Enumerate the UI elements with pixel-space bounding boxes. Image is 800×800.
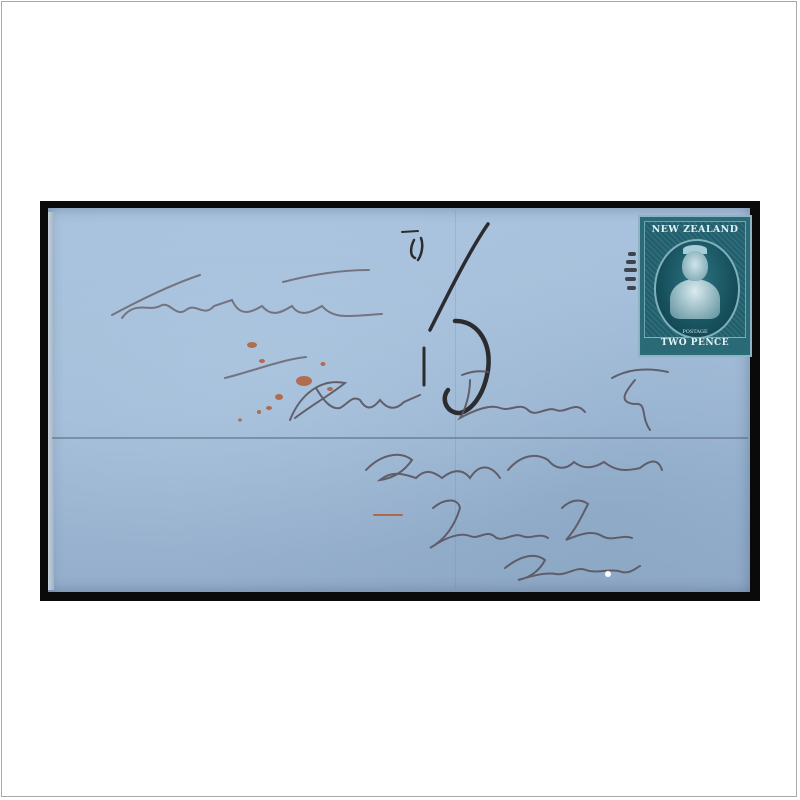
queen-bust-icon <box>670 279 720 319</box>
stamp-postage-label: POSTAGE <box>640 329 750 335</box>
vertical-crease <box>455 210 456 590</box>
postage-stamp: NEW ZEALAND POSTAGE TWO PENCE <box>640 217 750 355</box>
stamp-country-label: NEW ZEALAND <box>640 224 750 235</box>
horizontal-fold-line <box>52 437 748 439</box>
postmark-cancellation <box>622 250 640 296</box>
queen-head-icon <box>682 251 708 281</box>
cover-folded-edge <box>48 212 54 590</box>
stamp-value-label: TWO PENCE <box>640 338 750 348</box>
